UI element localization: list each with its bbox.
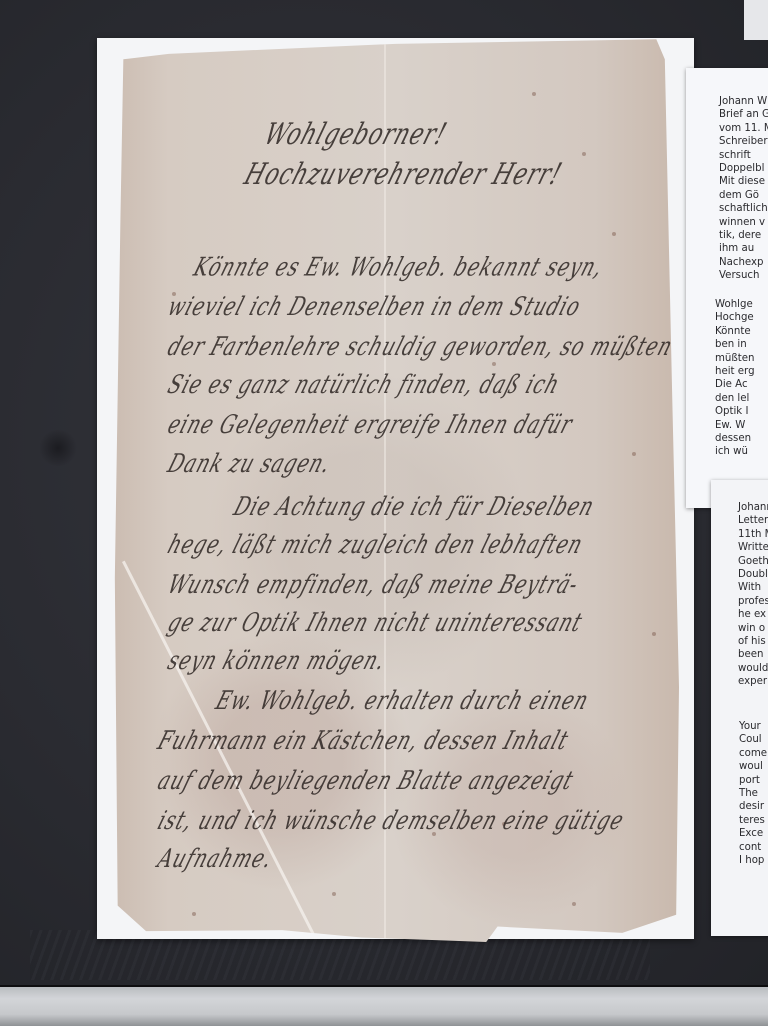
letter-body-line: ist, und ich wünsche demselben eine güti… <box>154 806 628 836</box>
letter-body-line: wieviel ich Denenselben in dem Studio <box>164 292 585 322</box>
letter-body-line: Ew. Wohlgeb. erhalten durch einen <box>212 686 593 716</box>
letter-body-line: Dank zu sagen. <box>164 449 335 479</box>
letter-body-line: Die Achtung die ich für Dieselben <box>230 492 598 522</box>
letter-body-line: Aufnahme. <box>154 844 277 874</box>
letter-salutation-line: Hochzuverehrender Herr! <box>240 158 566 192</box>
description-card-german: Johann W Brief an G vom 11. M Schreiber … <box>686 68 768 508</box>
letter-body-line: eine Gelegenheit ergreife Ihnen dafür <box>164 410 577 440</box>
display-case-frame <box>0 985 768 1024</box>
letter-body-line: hege, läßt mich zugleich den lebhaften <box>164 530 587 560</box>
handwritten-letter: Wohlgeborner! Hochzuverehrender Herr! Kö… <box>112 32 679 942</box>
label-de-paragraph-2: Wohlge Hochge Könnte ben in müßten heit … <box>715 298 755 459</box>
glass-smudge <box>38 430 78 466</box>
letter-salutation-line: Wohlgeborner! <box>260 118 451 152</box>
label-de-paragraph-1: Johann W Brief an G vom 11. M Schreiber … <box>719 95 768 283</box>
letter-script: Wohlgeborner! Hochzuverehrender Herr! Kö… <box>112 32 679 942</box>
letter-body-line: Fuhrmann ein Kästchen, dessen Inhalt <box>154 726 573 756</box>
label-en-paragraph-2: Your Coul come woul port The desir teres… <box>739 720 767 867</box>
letter-body-line: auf dem beyliegenden Blatte angezeigt <box>154 766 578 796</box>
description-card-english: Johann Letter 11th M Writte Goeth Doubl … <box>711 480 768 936</box>
letter-body-line: ge zur Optik Ihnen nicht uninteressant <box>164 608 587 638</box>
letter-body-line: seyn können mögen. <box>164 646 390 676</box>
letter-body-line: Sie es ganz natürlich finden, daß ich <box>164 370 564 400</box>
label-en-paragraph-1: Johann Letter 11th M Writte Goeth Doubl … <box>738 501 768 689</box>
letter-body-line: Könnte es Ew. Wohlgeb. bekannt seyn, <box>190 252 607 282</box>
adjacent-exhibit-card <box>744 0 768 40</box>
letter-body-line: Wunsch empfinden, daß meine Beyträ- <box>164 570 583 600</box>
letter-body-line: der Farbenlehre schuldig geworden, so mü… <box>164 332 677 362</box>
